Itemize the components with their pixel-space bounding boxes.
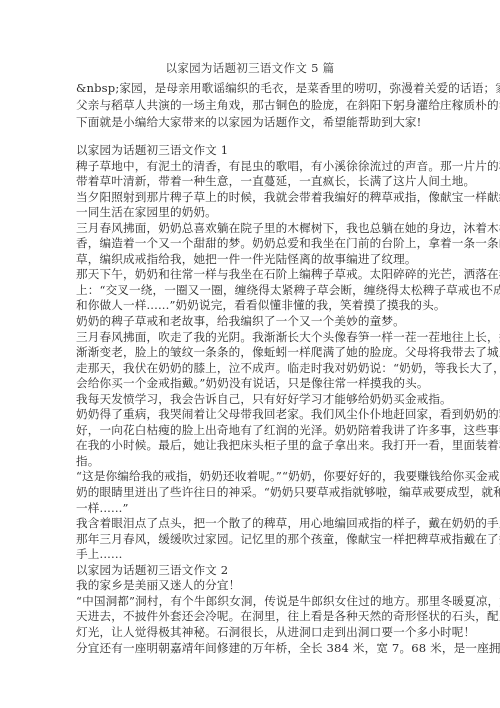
document-page: 以家园为话题初三语文作文 5 篇 &nbsp;家园，是母亲用歌谣编织的毛衣，是菜… xyxy=(0,0,500,708)
text-line: 上：“交叉一绕，一圈又一圈，缠绕得太紧稗子草会断，缠绕得太松稗子草戒也不成型，就 xyxy=(76,283,436,299)
text-line: 指。 xyxy=(76,454,436,470)
text-line: 走那天，我伏在奶奶的膝上，泣不成声。临走时我对奶奶说：“奶奶，等我长大了，我一定 xyxy=(76,361,436,377)
text-line: 那年三月春风，缓缓吹过家园。记忆里的那个孩童，像献宝一样把稗草戒指戴在了奶奶的 xyxy=(76,532,436,548)
intro-line: &nbsp;家园，是母亲用歌谣编织的毛衣，是菜香里的唠叨，弥漫着关爱的话语；家园… xyxy=(76,80,436,97)
text-line: 手上...... xyxy=(76,547,436,563)
text-line: 草，编织成戒指给我，她把一件一件光陆怪离的故事编进了纹理。 xyxy=(76,252,436,268)
text-line: 我每天发愤学习，我会告诉自己，只有好好学习才能够给奶奶买金戒指。 xyxy=(76,392,436,408)
text-line: 三月春风拂面，吹走了我的光阴。我渐渐长大个头像春笋一样一茬一茬地往上长，奶奶却 xyxy=(76,330,436,346)
text-line: 渐渐变老，脸上的皱纹一条条的，像蚯蚓一样爬满了她的脸庞。父母将我带去了城里，临 xyxy=(76,345,436,361)
text-line: “中国洞都”洞村，有个牛郎织女洞，传说是牛郎织女住过的地方。那里冬暖夏凉，如果夏 xyxy=(76,594,436,610)
text-line: 分宜还有一座明朝嘉靖年间修建的万年桥，全长 384 米，宽 7。68 米，是一座… xyxy=(76,641,436,657)
intro-line: 父亲与稻草人共演的一场主角戏，那古铜色的脸庞，在斜阳下躬身灌给庄稼质朴的希望。 xyxy=(76,97,436,114)
text-line: 一样......” xyxy=(76,501,436,517)
text-line: 天进去，不披件外套还会冷呢。在洞里，往上看是各种天然的奇形怪状的石头，配上各种 xyxy=(76,609,436,625)
text-line: 香，编造着一个又一个甜甜的梦。奶奶总爱和我坐在门前的台阶上，拿着一条一条的稗子 xyxy=(76,236,436,252)
text-line: 带着草叶清新，带着一种生意，一直蔓延，一直疯长，长满了这片人间土地。 xyxy=(76,174,436,190)
section-heading-1: 以家园为话题初三语文作文 1 xyxy=(76,143,436,159)
text-line: 我含着眼泪点了点头，把一个散了的稗草，用心地编回戒指的样子，戴在奶奶的手上。 xyxy=(76,516,436,532)
document-title: 以家园为话题初三语文作文 5 篇 xyxy=(0,60,500,76)
text-line: 奶奶的稗子草戒和老故事，给我编织了一个又一个美妙的童梦。 xyxy=(76,314,436,330)
text-line: 那天下午，奶奶和往常一样与我坐在石阶上编稗子草戒。太阳碎碎的光芒，洒落在我们身 xyxy=(76,267,436,283)
text-line: 我的家乡是美丽又迷人的分宜！ xyxy=(76,578,436,594)
text-line: 奶奶得了重病，我哭闹着让父母带我回老家。我们风尘仆仆地赶回家，看到奶奶的精神很 xyxy=(76,407,436,423)
text-line: 当夕阳照射到那片稗子草上的时候，我就会带着我编好的稗草戒指，像献宝一样献给与我 xyxy=(76,190,436,206)
text-line: 三月春风拂面，奶奶总喜欢躺在院子里的木樨树下，我也总躺在她的身边，沐着木樨的清 xyxy=(76,221,436,237)
intro-paragraph: &nbsp;家园，是母亲用歌谣编织的毛衣，是菜香里的唠叨，弥漫着关爱的话语；家园… xyxy=(76,80,436,131)
text-line: “这是你编给我的戒指，奶奶还收着呢。”“奶奶，你要好好的，我要赚钱给你买金戒指。… xyxy=(76,469,436,485)
intro-line: 下面就是小编给大家带来的以家园为话题作文，希望能帮助到大家! xyxy=(76,114,436,131)
text-line: 和你做人一样......”奶奶说完，看看似懂非懂的我，笑着摸了摸我的头。 xyxy=(76,298,436,314)
text-line: 灯光，让人觉得极其神秘。石洞很长，从进洞口走到出洞口要一个多小时呢！ xyxy=(76,625,436,641)
text-line: 稗子草地中，有泥土的清香，有昆虫的歌唱，有小溪徐徐流过的声音。那一片片的稗子草， xyxy=(76,159,436,175)
text-line: 在我的小时候。最后，她让我把床头柜子里的盒子拿出来。我打开一看，里面装着稗草戒 xyxy=(76,438,436,454)
text-line: 一同生活在家园里的奶奶。 xyxy=(76,205,436,221)
text-line: 会给你买一个金戒指戴。”奶奶没有说话，只是像往常一样摸我的头。 xyxy=(76,376,436,392)
section-heading-2: 以家园为话题初三语文作文 2 xyxy=(76,563,436,579)
text-line: 奶的眼睛里迸出了些许往日的神采。“奶奶只要草戒指就够啦，编草戒要成型，就和你做人 xyxy=(76,485,436,501)
essay-body: 以家园为话题初三语文作文 1 稗子草地中，有泥土的清香，有昆虫的歌唱，有小溪徐徐… xyxy=(76,143,436,656)
text-line: 好，一向花白枯瘦的脸上出奇地有了红润的光泽。奶奶陪着我讲了许多事，这些事都发生 xyxy=(76,423,436,439)
